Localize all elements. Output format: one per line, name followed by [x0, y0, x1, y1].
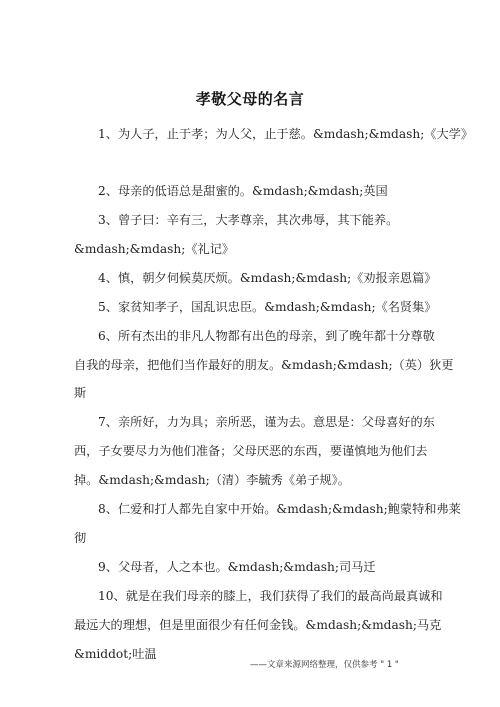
quote-line: 自我的母亲，把他们当作最好的朋友。&mdash;&mdash;（英）狄更 — [74, 356, 454, 373]
quote-line: 9、父母者，人之本也。&mdash;&mdash;司马迁 — [98, 558, 376, 575]
quote-line: &middot;吐温 — [74, 645, 157, 662]
quote-line: 10、就是在我们母亲的膝上，我们获得了我们的最高尚最真诚和 — [98, 587, 443, 604]
quote-line: 4、慎，朝夕伺候莫厌烦。&mdash;&mdash;《劝报亲恩篇》 — [98, 269, 437, 286]
quote-line: 最远大的理想，但是里面很少有任何金钱。&mdash;&mdash;马克 — [74, 616, 441, 633]
quote-line: 1、为人子，止于孝；为人父，止于慈。&mdash;&mdash;《大学》 — [98, 125, 473, 142]
document-title: 孝敬父母的名言 — [0, 88, 500, 109]
quote-line: 6、所有杰出的非凡人物都有出色的母亲，到了晚年都十分尊敬 — [98, 327, 435, 344]
quote-line: 掉。&mdash;&mdash;（清）李毓秀《弟子规》。 — [74, 471, 350, 488]
quote-line: 5、家贫知孝子，国乱识忠臣。&mdash;&mdash;《名贤集》 — [98, 298, 437, 315]
page-footer: ——文章来源网络整理，仅供参考 " 1 " — [250, 658, 399, 670]
quote-line: 8、仁爱和打人都先自家中开始。&mdash;&mdash;鲍蒙特和弗莱 — [98, 500, 461, 517]
quote-line: 3、曾子曰：辛有三，大孝尊亲，其次弗辱，其下能养。 — [98, 211, 398, 228]
quote-line: 彻 — [74, 529, 86, 546]
quote-line: 斯 — [74, 384, 86, 401]
quote-line: 2、母亲的低语总是甜蜜的。&mdash;&mdash;英国 — [98, 182, 388, 199]
quote-line: 西，子女要尽力为他们准备；父母厌恶的东西，要谨慎地为他们去 — [74, 442, 427, 459]
quote-line: &mdash;&mdash;《礼记》 — [74, 240, 234, 257]
quote-line: 7、亲所好，力为具；亲所恶，谨为去。意思是：父母喜好的东 — [98, 413, 435, 430]
